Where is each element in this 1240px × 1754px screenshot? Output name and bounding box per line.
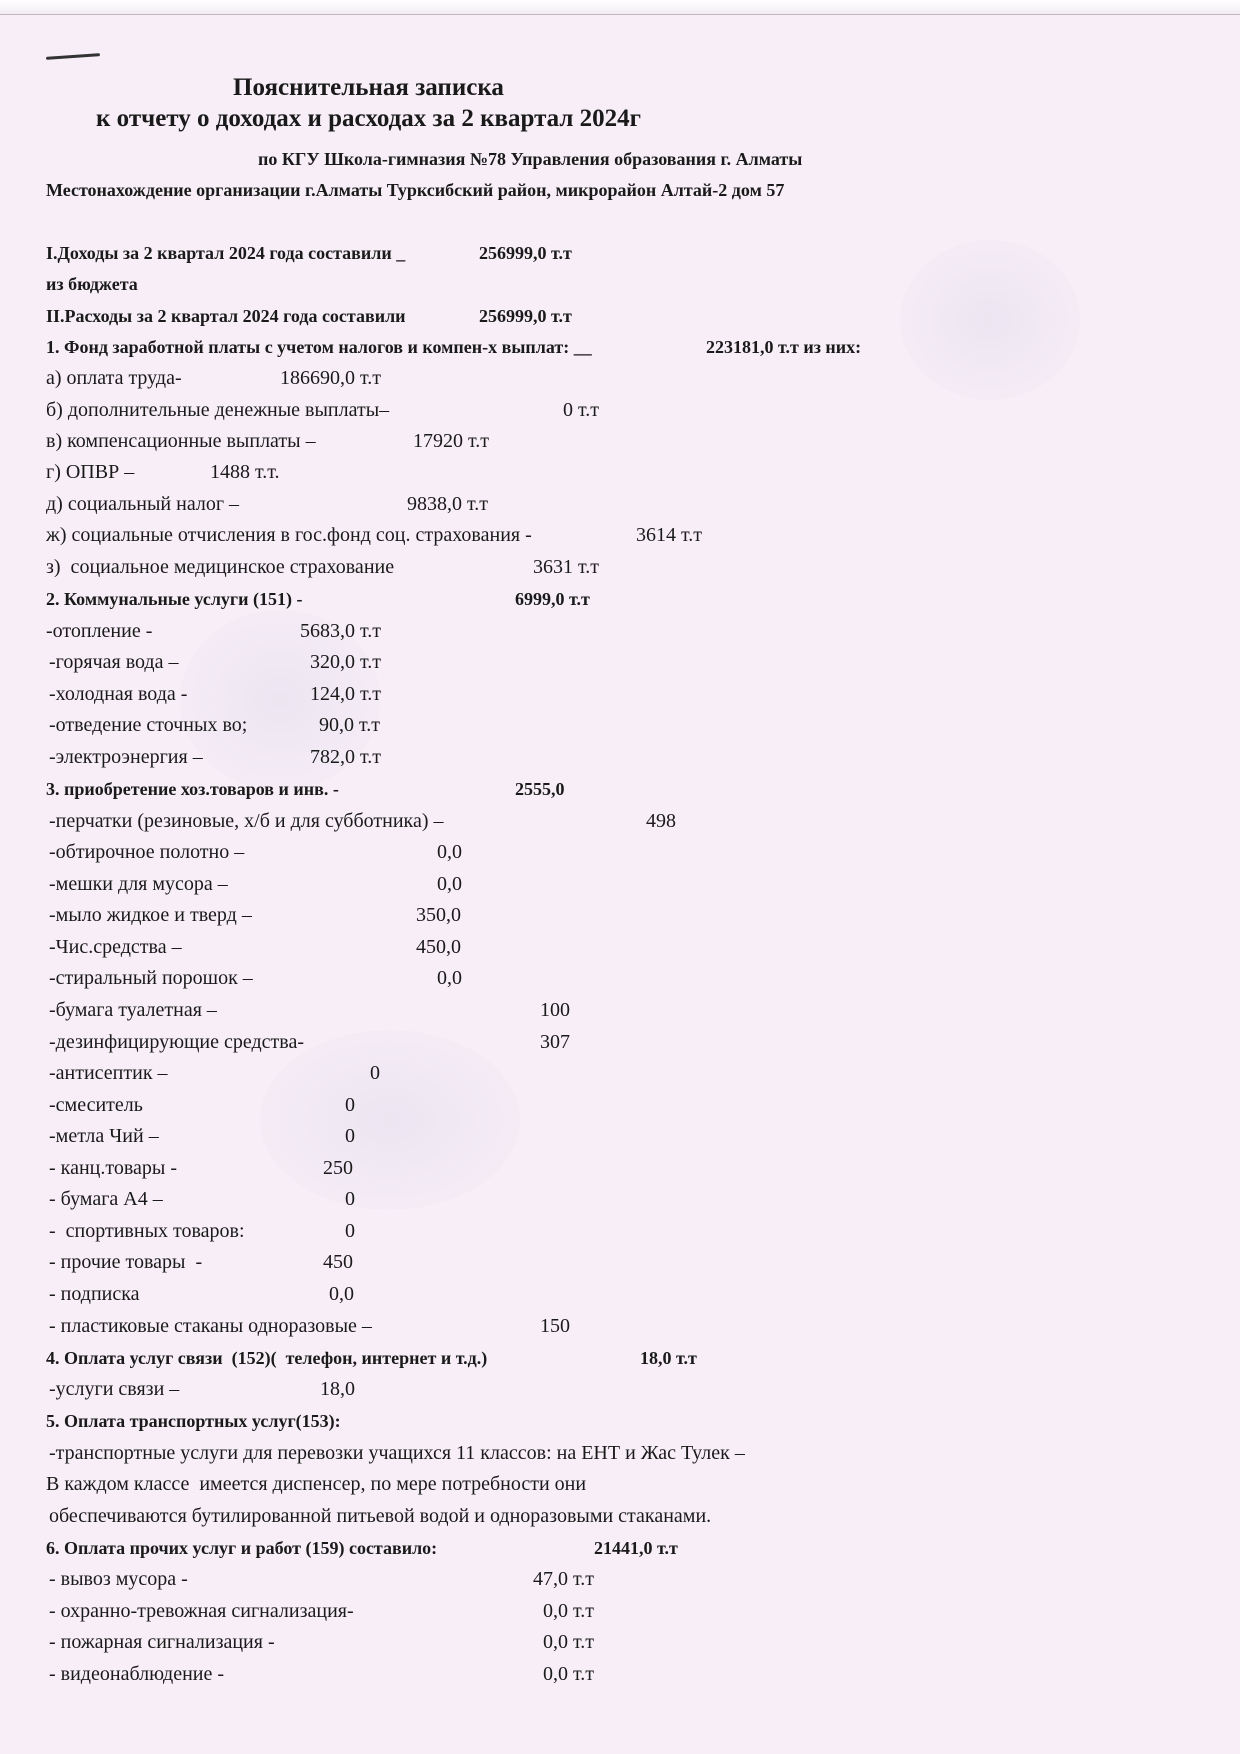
supplies-item-label: -дезинфицирующие средства- xyxy=(49,1030,304,1054)
utilities-item-value: 782,0 т.т xyxy=(310,745,381,769)
supplies-item-value: 450,0 xyxy=(416,935,461,959)
utilities-item-label: -отведение сточных во; xyxy=(49,713,247,737)
supplies-item-label: -смеситель xyxy=(49,1093,143,1117)
other-services-item-label: - вывоз мусора - xyxy=(49,1567,188,1591)
other-services-item-label: - видеонаблюдение - xyxy=(49,1662,224,1686)
income-source: из бюджета xyxy=(46,272,138,296)
communications-total: 18,0 т.т xyxy=(640,1346,697,1370)
supplies-item-value: 0 xyxy=(345,1187,355,1211)
payroll-item-value: 0 т.т xyxy=(563,398,599,422)
transport-text-line: -транспортные услуги для перевозки учащи… xyxy=(49,1441,745,1465)
pen-mark xyxy=(46,53,100,60)
supplies-item-value: 0 xyxy=(345,1093,355,1117)
payroll-item-value: 9838,0 т.т xyxy=(407,492,488,516)
utilities-title: 2. Коммунальные услуги (151) - xyxy=(46,587,302,611)
supplies-item-label: -бумага туалетная – xyxy=(49,998,217,1022)
supplies-total: 2555,0 xyxy=(515,777,565,801)
transport-text-line: В каждом классе имеется диспенсер, по ме… xyxy=(46,1472,586,1496)
payroll-item-label: ж) социальные отчисления в гос.фонд соц.… xyxy=(46,523,532,547)
supplies-item-value: 0 xyxy=(370,1061,380,1085)
supplies-item-label: -мыло жидкое и тверд – xyxy=(49,903,252,927)
supplies-item-value: 0,0 xyxy=(437,840,462,864)
supplies-item-value: 0 xyxy=(345,1219,355,1243)
expenses-value: 256999,0 т.т xyxy=(479,304,572,328)
supplies-item-value: 0,0 xyxy=(437,872,462,896)
payroll-total: 223181,0 т.т из них: xyxy=(706,335,861,359)
supplies-item-label: - подписка xyxy=(49,1282,140,1306)
communications-title: 4. Оплата услуг связи (152)( телефон, ин… xyxy=(46,1346,487,1370)
supplies-item-label: -мешки для мусора – xyxy=(49,872,228,896)
other-services-title: 6. Оплата прочих услуг и работ (159) сос… xyxy=(46,1536,437,1560)
transport-title: 5. Оплата транспортных услуг(153): xyxy=(46,1409,341,1433)
payroll-item-label: а) оплата труда- xyxy=(46,366,182,390)
transport-text-line: обеспечиваются бутилированной питьевой в… xyxy=(49,1504,711,1528)
other-services-item-label: - пожарная сигнализация - xyxy=(49,1630,275,1654)
scan-edge xyxy=(0,0,1240,15)
supplies-item-label: - пластиковые стаканы одноразовые – xyxy=(49,1314,372,1338)
supplies-item-label: -метла Чий – xyxy=(49,1124,159,1148)
supplies-item-value: 250 xyxy=(323,1156,353,1180)
payroll-item-label: б) дополнительные денежные выплаты– xyxy=(46,398,389,422)
document-title: Пояснительная записка xyxy=(233,76,504,100)
utilities-item-label: -отопление - xyxy=(46,619,152,643)
supplies-item-label: -обтирочное полотно – xyxy=(49,840,244,864)
bleed-through-stamp xyxy=(260,1030,520,1210)
supplies-item-value: 498 xyxy=(646,809,676,833)
utilities-item-value: 90,0 т.т xyxy=(319,713,380,737)
other-services-item-value: 0,0 т.т xyxy=(543,1662,594,1686)
payroll-item-value: 186690,0 т.т xyxy=(280,366,381,390)
supplies-item-value: 350,0 xyxy=(416,903,461,927)
supplies-item-value: 307 xyxy=(540,1030,570,1054)
utilities-item-value: 5683,0 т.т xyxy=(300,619,381,643)
payroll-item-value: 17920 т.т xyxy=(413,429,489,453)
supplies-item-label: -антисептик – xyxy=(49,1061,168,1085)
payroll-item-value: 3614 т.т xyxy=(636,523,702,547)
supplies-item-label: -Чис.средства – xyxy=(49,935,182,959)
payroll-item-value: 3631 т.т xyxy=(533,555,599,579)
supplies-item-value: 0 xyxy=(345,1124,355,1148)
supplies-item-label: - спортивных товаров: xyxy=(49,1219,245,1243)
other-services-item-value: 47,0 т.т xyxy=(533,1567,594,1591)
other-services-total: 21441,0 т.т xyxy=(594,1536,678,1560)
supplies-item-label: -перчатки (резиновые, х/б и для субботни… xyxy=(49,809,444,833)
organization-name: по КГУ Школа-гимназия №78 Управления обр… xyxy=(258,147,802,171)
utilities-item-value: 124,0 т.т xyxy=(310,682,381,706)
supplies-item-label: - прочие товары - xyxy=(49,1250,202,1274)
supplies-item-value: 150 xyxy=(540,1314,570,1338)
communications-item-label: -услуги связи – xyxy=(49,1377,179,1401)
supplies-item-value: 0,0 xyxy=(437,966,462,990)
utilities-item-label: -электроэнергия – xyxy=(49,745,203,769)
document-subtitle: к отчету о доходах и расходах за 2 кварт… xyxy=(96,107,641,131)
utilities-item-label: -горячая вода – xyxy=(49,650,178,674)
utilities-item-value: 320,0 т.т xyxy=(310,650,381,674)
payroll-item-label: г) ОПВР – xyxy=(46,460,134,484)
other-services-item-value: 0,0 т.т xyxy=(543,1599,594,1623)
supplies-item-label: - бумага А4 – xyxy=(49,1187,163,1211)
income-value: 256999,0 т.т xyxy=(479,241,572,265)
supplies-title: 3. приобретение хоз.товаров и инв. - xyxy=(46,777,339,801)
utilities-total: 6999,0 т.т xyxy=(515,587,590,611)
income-label: I.Доходы за 2 квартал 2024 года составил… xyxy=(46,241,405,265)
supplies-item-value: 100 xyxy=(540,998,570,1022)
utilities-item-label: -холодная вода - xyxy=(49,682,187,706)
payroll-item-label: з) социальное медицинское страхование xyxy=(46,555,394,579)
communications-item-value: 18,0 xyxy=(320,1377,355,1401)
supplies-item-label: - канц.товары - xyxy=(49,1156,177,1180)
payroll-item-value: 1488 т.т. xyxy=(210,460,279,484)
organization-location: Местонахождение организации г.Алматы Тур… xyxy=(46,178,784,202)
supplies-item-value: 0,0 xyxy=(329,1282,354,1306)
payroll-item-label: в) компенсационные выплаты – xyxy=(46,429,316,453)
other-services-item-label: - охранно-тревожная сигнализация- xyxy=(49,1599,354,1623)
payroll-title: 1. Фонд заработной платы с учетом налого… xyxy=(46,335,592,359)
other-services-item-value: 0,0 т.т xyxy=(543,1630,594,1654)
supplies-item-label: -стиральный порошок – xyxy=(49,966,253,990)
expenses-label: II.Расходы за 2 квартал 2024 года состав… xyxy=(46,304,406,328)
supplies-item-value: 450 xyxy=(323,1250,353,1274)
payroll-item-label: д) социальный налог – xyxy=(46,492,239,516)
bleed-through-mark xyxy=(900,240,1080,400)
